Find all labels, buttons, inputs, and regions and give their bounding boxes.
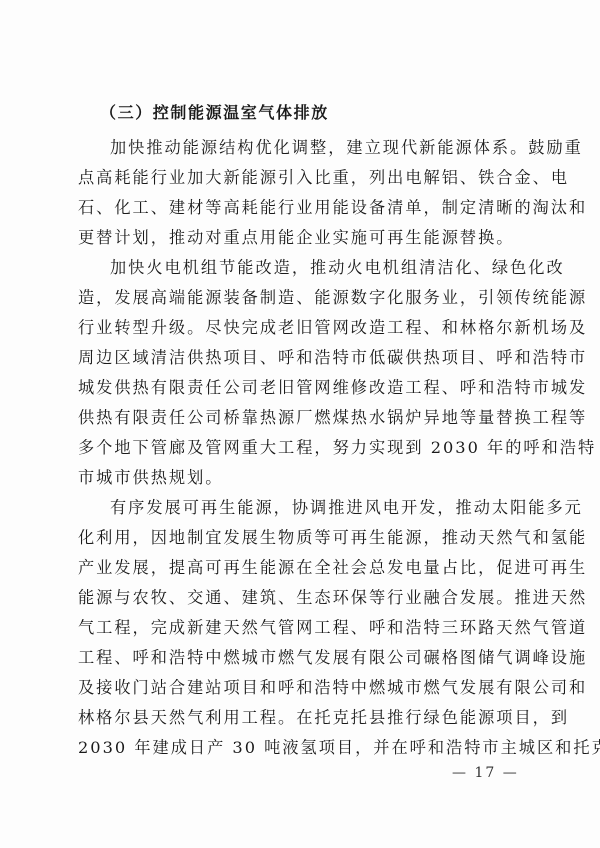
paragraph-2-line-3: 行业转型升级。尽快完成老旧管网改造工程、和林格尔新机场及 (78, 315, 520, 341)
paragraph-1-line-4: 更替计划，推动对重点用能企业实施可再生能源替换。 (78, 225, 520, 251)
paragraph-2-line-4: 周边区域清洁供热项目、呼和浩特市低碳供热项目、呼和浩特市 (78, 345, 520, 371)
document-page: （三）控制能源温室气体排放 加快推动能源结构优化调整，建立现代新能源体系。鼓励重… (0, 0, 600, 848)
paragraph-3-line-5: 气工程，完成新建天然气管网工程、呼和浩特三环路天然气管道 (78, 615, 520, 641)
paragraph-3-line-7: 及接收门站合建站项目和呼和浩特中燃城市燃气发展有限公司和 (78, 675, 520, 701)
paragraph-2-line-5: 城发供热有限责任公司老旧管网维修改造工程、呼和浩特市城发 (78, 375, 520, 401)
paragraph-3-line-4: 能源与农牧、交通、建筑、生态环保等行业融合发展。推进天然 (78, 585, 520, 611)
paragraph-2-line-6: 供热有限责任公司桥靠热源厂燃煤热水锅炉异地等量替换工程等 (78, 405, 520, 431)
paragraph-3-line-8: 林格尔县天然气利用工程。在托克托县推行绿色能源项目，到 (78, 705, 520, 731)
page-number: — 17 — (452, 762, 519, 784)
paragraph-3-line-9: 2030 年建成日产 30 吨液氢项目，并在呼和浩特市主城区和托克 (78, 735, 520, 761)
paragraph-2-line-8: 市城市供热规划。 (78, 465, 520, 491)
paragraph-2-line-2: 造，发展高端能源装备制造、能源数字化服务业，引领传统能源 (78, 285, 520, 311)
paragraph-2-line-7: 多个地下管廊及管网重大工程，努力实现到 2030 年的呼和浩特 (78, 435, 520, 461)
paragraph-3-line-3: 产业发展，提高可再生能源在全社会总发电量占比，促进可再生 (78, 555, 520, 581)
paragraph-1-line-3: 石、化工、建材等高耗能行业用能设备清单，制定清晰的淘汰和 (78, 195, 520, 221)
paragraph-3-line-1: 有序发展可再生能源，协调推进风电开发，推动太阳能多元 (110, 495, 520, 521)
paragraph-3-line-6: 工程、呼和浩特中燃城市燃气发展有限公司碾格图储气调峰设施 (78, 645, 520, 671)
paragraph-1-line-1: 加快推动能源结构优化调整，建立现代新能源体系。鼓励重 (110, 135, 520, 161)
paragraph-2-line-1: 加快火电机组节能改造，推动火电机组清洁化、绿色化改 (110, 255, 520, 281)
paragraph-3-line-2: 化利用，因地制宜发展生物质等可再生能源，推动天然气和氢能 (78, 525, 520, 551)
paragraph-1-line-2: 点高耗能行业加大新能源引入比重，列出电解铝、铁合金、电 (78, 165, 520, 191)
section-heading: （三）控制能源温室气体排放 (100, 100, 329, 126)
